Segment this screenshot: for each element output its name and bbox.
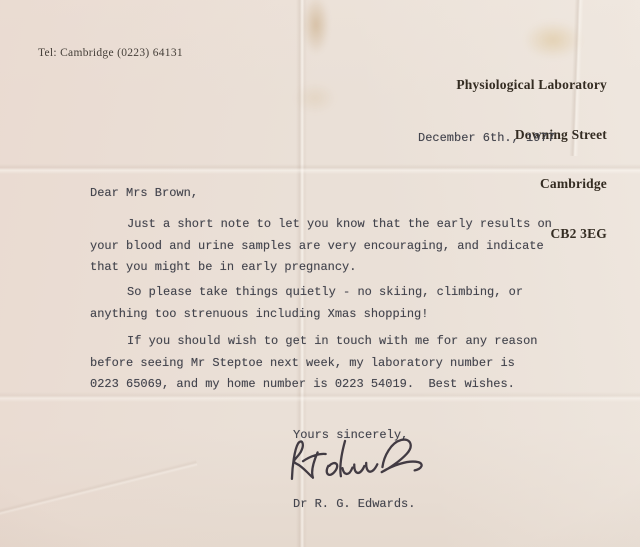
body-line: that you might be in early pregnancy. [90,257,552,279]
salutation: Dear Mrs Brown, [90,186,198,200]
body-line: So please take things quietly - no skiin… [90,282,523,304]
body-line: 0223 65069, and my home number is 0223 5… [90,374,537,396]
letter-date: December 6th., 1977 [418,131,555,145]
paper-crease-diagonal-bottom [0,459,198,519]
paper-stain-top-center [298,0,334,64]
body-line: before seeing Mr Steptoe next week, my l… [90,353,537,375]
signature-stroke [290,435,422,479]
paper-stain-middle [288,78,342,118]
letterhead-telephone: Tel: Cambridge (0223) 64131 [38,47,183,59]
body-line: anything too strenuous including Xmas sh… [90,304,523,326]
paragraph-1: Just a short note to let you know that t… [90,214,552,279]
body-line: your blood and urine samples are very en… [90,236,552,258]
signature-handwritten [277,429,451,490]
paragraph-2: So please take things quietly - no skiin… [90,282,523,325]
paragraph-3: If you should wish to get in touch with … [90,331,537,396]
letter-photo: Tel: Cambridge (0223) 64131 Physiologica… [0,0,640,547]
body-line: If you should wish to get in touch with … [90,331,537,353]
signed-name: Dr R. G. Edwards. [293,497,415,511]
letterhead-institution: Physiological Laboratory [456,77,607,94]
letterhead-city: Cambridge [456,176,607,193]
body-line: Just a short note to let you know that t… [90,214,552,236]
